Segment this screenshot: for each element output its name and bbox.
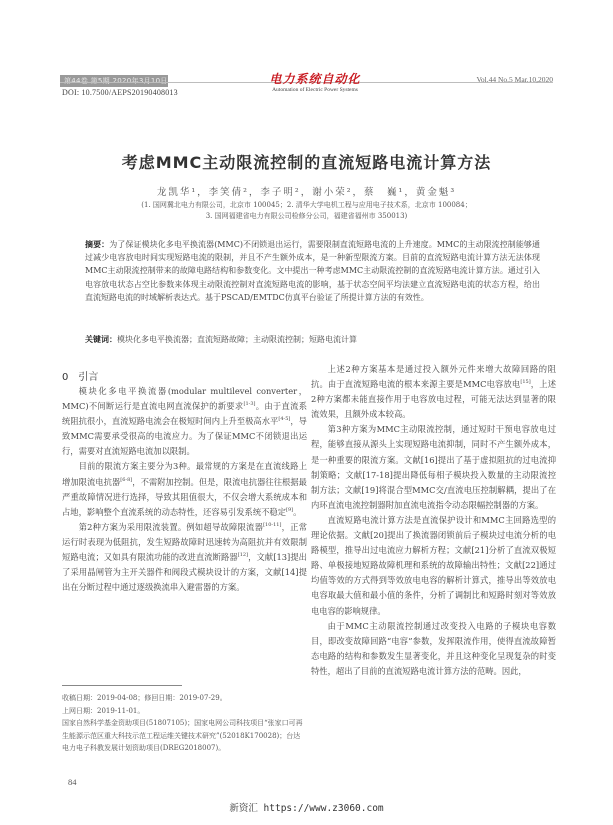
affiliation-line-2: 3. 国网福建省电力有限公司检修分公司，福建省福州市 350013) [0,211,613,221]
journal-logo: 电力系统自动化 Automation of Electric Power Sys… [250,72,380,94]
paragraph: 第2种方案为采用限流装置。例如超导故障限流器[10-11]，正常运行时表现为低阻… [62,520,307,595]
citation: [6-8] [120,477,132,483]
paragraph: 第3种方案为MMC主动限流控制，通过短时干预电容放电过程，能够直接从源头上实现短… [311,422,556,513]
right-column: 上述2种方案基本是通过投入额外元件来增大故障回路的阻抗。由于直流短路电流的根本来… [311,362,556,679]
volume-badge: 第44卷 第5期 2020年3月10日 [60,75,168,87]
volume-en: Vol.44 No.5 Mar.10,2020 [476,75,553,84]
watermark: 新资汇 https://www.z3060.com [0,800,613,814]
paper-title: 考虑MMC主动限流控制的直流短路电流计算方法 [0,150,613,173]
paragraph: 由于MMC主动限流控制通过改变投入电路的子模块电容数目，即改变故障回路“电容”参… [311,619,556,679]
page-number: 84 [68,777,77,787]
affiliation-line-1: (1. 国网冀北电力有限公司，北京市 100045；2. 清华大学电机工程与应用… [0,200,613,210]
abstract-text: 为了保证模块化多电平换流器(MMC)不闭锁退出运行，需要限制直流短路电流的上升速… [85,240,540,302]
citation: [4-5] [278,416,290,422]
journal-title-en: Automation of Electric Power Systems [250,86,380,94]
paragraph: 模块化多电平换流器(modular multilevel converter，M… [62,384,307,459]
authors: 龙凯华¹，李笑倩²，李子明²，谢小荣²，蔡 巍¹，黄金魁³ [0,184,613,198]
received-date: 收稿日期：2019-04-08；修回日期：2019-07-29。 [62,692,307,705]
funding: 国家自然科学基金资助项目(51807105)；国家电网公司科技项目“张家口可再生… [62,717,307,755]
abstract-label: 摘要： [85,240,109,249]
citation: [1-3] [244,401,256,407]
keywords-text: 模块化多电平换流器；直流短路故障；主动限流控制；短路电流计算 [117,335,357,344]
paragraph: 直流短路电流计算方法是直流保护设计和MMC主回路选型的理论依据。文献[20]提出… [311,513,556,619]
left-column: 模块化多电平换流器(modular multilevel converter，M… [62,384,307,595]
abstract: 摘要：为了保证模块化多电平换流器(MMC)不闭锁退出运行，需要限制直流短路电流的… [85,238,540,304]
section-heading: 0 引言 [62,368,98,383]
citation: [10-11] [263,522,281,528]
keywords-label: 关键词： [85,335,117,344]
footnotes: 收稿日期：2019-04-08；修回日期：2019-07-29。 上网日期：20… [62,692,307,755]
doi: DOI: 10.7500/AEPS20190408013 [62,88,178,97]
online-date: 上网日期：2019-11-01。 [62,705,307,718]
journal-title-cn: 电力系统自动化 [250,72,380,86]
citation: [12] [238,552,248,558]
footnote-rule [62,685,182,686]
paragraph: 目前的限流方案主要分为3种。最常规的方案是在直流线路上增加限流电抗器[6-8]，… [62,459,307,519]
citation: [15] [520,379,530,385]
paragraph: 上述2种方案基本是通过投入额外元件来增大故障回路的阻抗。由于直流短路电流的根本来… [311,362,556,422]
keywords: 关键词：模块化多电平换流器；直流短路故障；主动限流控制；短路电流计算 [85,334,540,345]
